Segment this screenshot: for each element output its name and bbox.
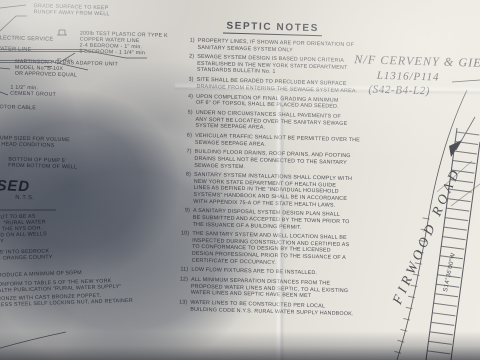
septic-note-number: 5) [179,109,196,129]
grade-surface-label: GRADE SURFACE TO KEEPRUNOFF AWAY FROM WE… [33,3,109,17]
plan-photo: ROVED EQUAL GRADE SURFACE TO KEEPRUNOFF … [0,0,480,360]
septic-note-text: ALL MINIMUM SEPARATION DISTANCES FROM TH… [191,277,356,301]
septic-note-number: 12) [175,276,192,296]
septic-note: 10) THE SANITARY SYSTEM AND WELL LOCATIO… [176,231,358,269]
septic-note-number: 7) [178,149,195,169]
poppet-note-fragments: BRONZE WITH CAST BRONZE POPPET,HLESS STE… [0,292,133,309]
pump-sized-label: PUMP SIZED FOR VOLUME& HEAD CONDITIONS [0,135,70,149]
septic-note: 7) BUILDING FLOOR DRAINS, ROOF DRAINS, A… [178,149,359,174]
septic-note-text: A SANITARY DISPOSAL SYSTEM DESIGN PLAN S… [193,208,358,232]
septic-note-number: 6) [179,132,195,146]
septic-note: 5) UNDER NO CIRCUMSTANCES SHALL PAVEMENT… [179,109,360,134]
septic-note: 6) VEHICULAR TRAFFIC SHALL NOT BE PERMIT… [179,132,360,150]
electric-service-label: ELECTRIC SERVICE [0,35,53,43]
detail-scale-label: N.T.S. [15,195,35,202]
septic-note-text: SANITARY SYSTEM INSTALLATIONS SHALL COMP… [193,172,359,209]
pitless-adaptor-label: MARTINSON PITLESS ADAPTOR UNITMODEL No. … [15,59,118,80]
septic-note-number: 2) [181,54,198,74]
bedrock-note-fragments: 25' INTO BEDROCKN ORANGE COUNTY [0,248,53,262]
septic-note-text: PROPERTY LINES, IF SHOWN ARE FOR ORIENTA… [197,38,362,56]
septic-note-number: 11) [175,267,191,274]
septic-note: 3) SITE SHALL BE GRADED TO PRECLUDE ANY … [180,77,361,95]
septic-note: 4) UPON COMPLETION OF FINAL GRADING A MI… [180,93,361,111]
septic-note-number: 8) [177,172,194,205]
septic-notes-section: SEPTIC NOTES 1) PROPERTY LINES, IF SHOWN… [174,14,363,320]
water-line-label: WATER LINE [0,46,32,53]
septic-note-text: BUILDING FLOOR DRAINS, ROOF DRAINS, AND … [194,149,359,173]
owner-name-label: N/F CERVENY & GIE [354,52,480,71]
septic-note: 9) A SANITARY DISPOSAL SYSTEM DESIGN PLA… [177,208,358,233]
septic-note-text: UPON COMPLETION OF FINAL GRADING A MINIM… [196,93,361,111]
septic-note: 2) SEWAGE SYSTEM DESIGN IS BASED UPON CR… [181,54,362,79]
plan-sheet: ROVED EQUAL GRADE SURFACE TO KEEPRUNOFF … [0,0,480,360]
septic-note: 1) PROPERTY LINES, IF SHOWN ARE FOR ORIE… [181,37,362,55]
septic-note: 8) SANITARY SYSTEM INSTALLATIONS SHALL C… [177,172,359,210]
septic-note-number: 10) [176,231,193,264]
septic-note-text: SITE SHALL BE GRADED TO PRECLUDE ANY SUR… [196,77,361,95]
cement-grout-label: 1 1/2" min.CEMENT GROUT [10,85,56,98]
gpm-note-fragment: PRODUCE A MINIMUM OF 5GPM [0,270,82,279]
septic-notes-list: 1) PROPERTY LINES, IF SHOWN ARE FOR ORIE… [174,37,363,317]
septic-note: 13) WATER LINES TO BE CONSTRUCTED PER LO… [174,299,355,317]
septic-note-text: VEHICULAR TRAFFIC SHALL NOT BE PERMITTED… [195,133,360,151]
septic-note-text: WATER LINES TO BE CONSTRUCTED PER LOCALB… [190,300,355,318]
septic-note-number: 1) [181,37,197,51]
water-line-spec-label: 200lb TEST PLASTIC OR TYPE KCOPPER WATER… [79,30,168,57]
septic-note-number: 4) [180,93,196,107]
septic-note-text: SEWAGE SYSTEM DESIGN IS BASED UPON CRITE… [197,54,362,78]
septic-note-text: LOW FLOW FIXTURES ARE TO BE INSTALLED. [191,267,356,278]
owner-liber-page-label: L1316/P114 [377,70,480,85]
grout-note-fragments: OUT TO BE AS "RURAL WATERY THE NYS DOH.E… [0,213,47,245]
bottom-of-pump-label: BOTTOM OF PUMP 5'FROM BOTTOM OF WELL [8,157,77,171]
septic-note-number: 3) [180,77,196,91]
septic-note-text: THE SANITARY SYSTEM AND WELL LOCATION SH… [192,231,358,268]
detail-title-fragment: SED [0,177,30,195]
owner-parcel-id-label: (S42-B4-L2) [368,84,480,99]
motor-cable-label: MOTOR CABLE [0,104,36,111]
septic-note-number: 9) [177,208,194,228]
adjoining-owner-block: N/F CERVENY & GIE L1316/P114 (S42-B4-L2) [353,52,480,99]
septic-note-number: 13) [174,299,190,313]
septic-notes-title: SEPTIC NOTES [223,20,322,36]
septic-note: 12) ALL MINIMUM SEPARATION DISTANCES FRO… [175,276,356,301]
septic-note-text: UNDER NO CIRCUMSTANCES SHALL PAVEMENTS O… [195,110,360,134]
